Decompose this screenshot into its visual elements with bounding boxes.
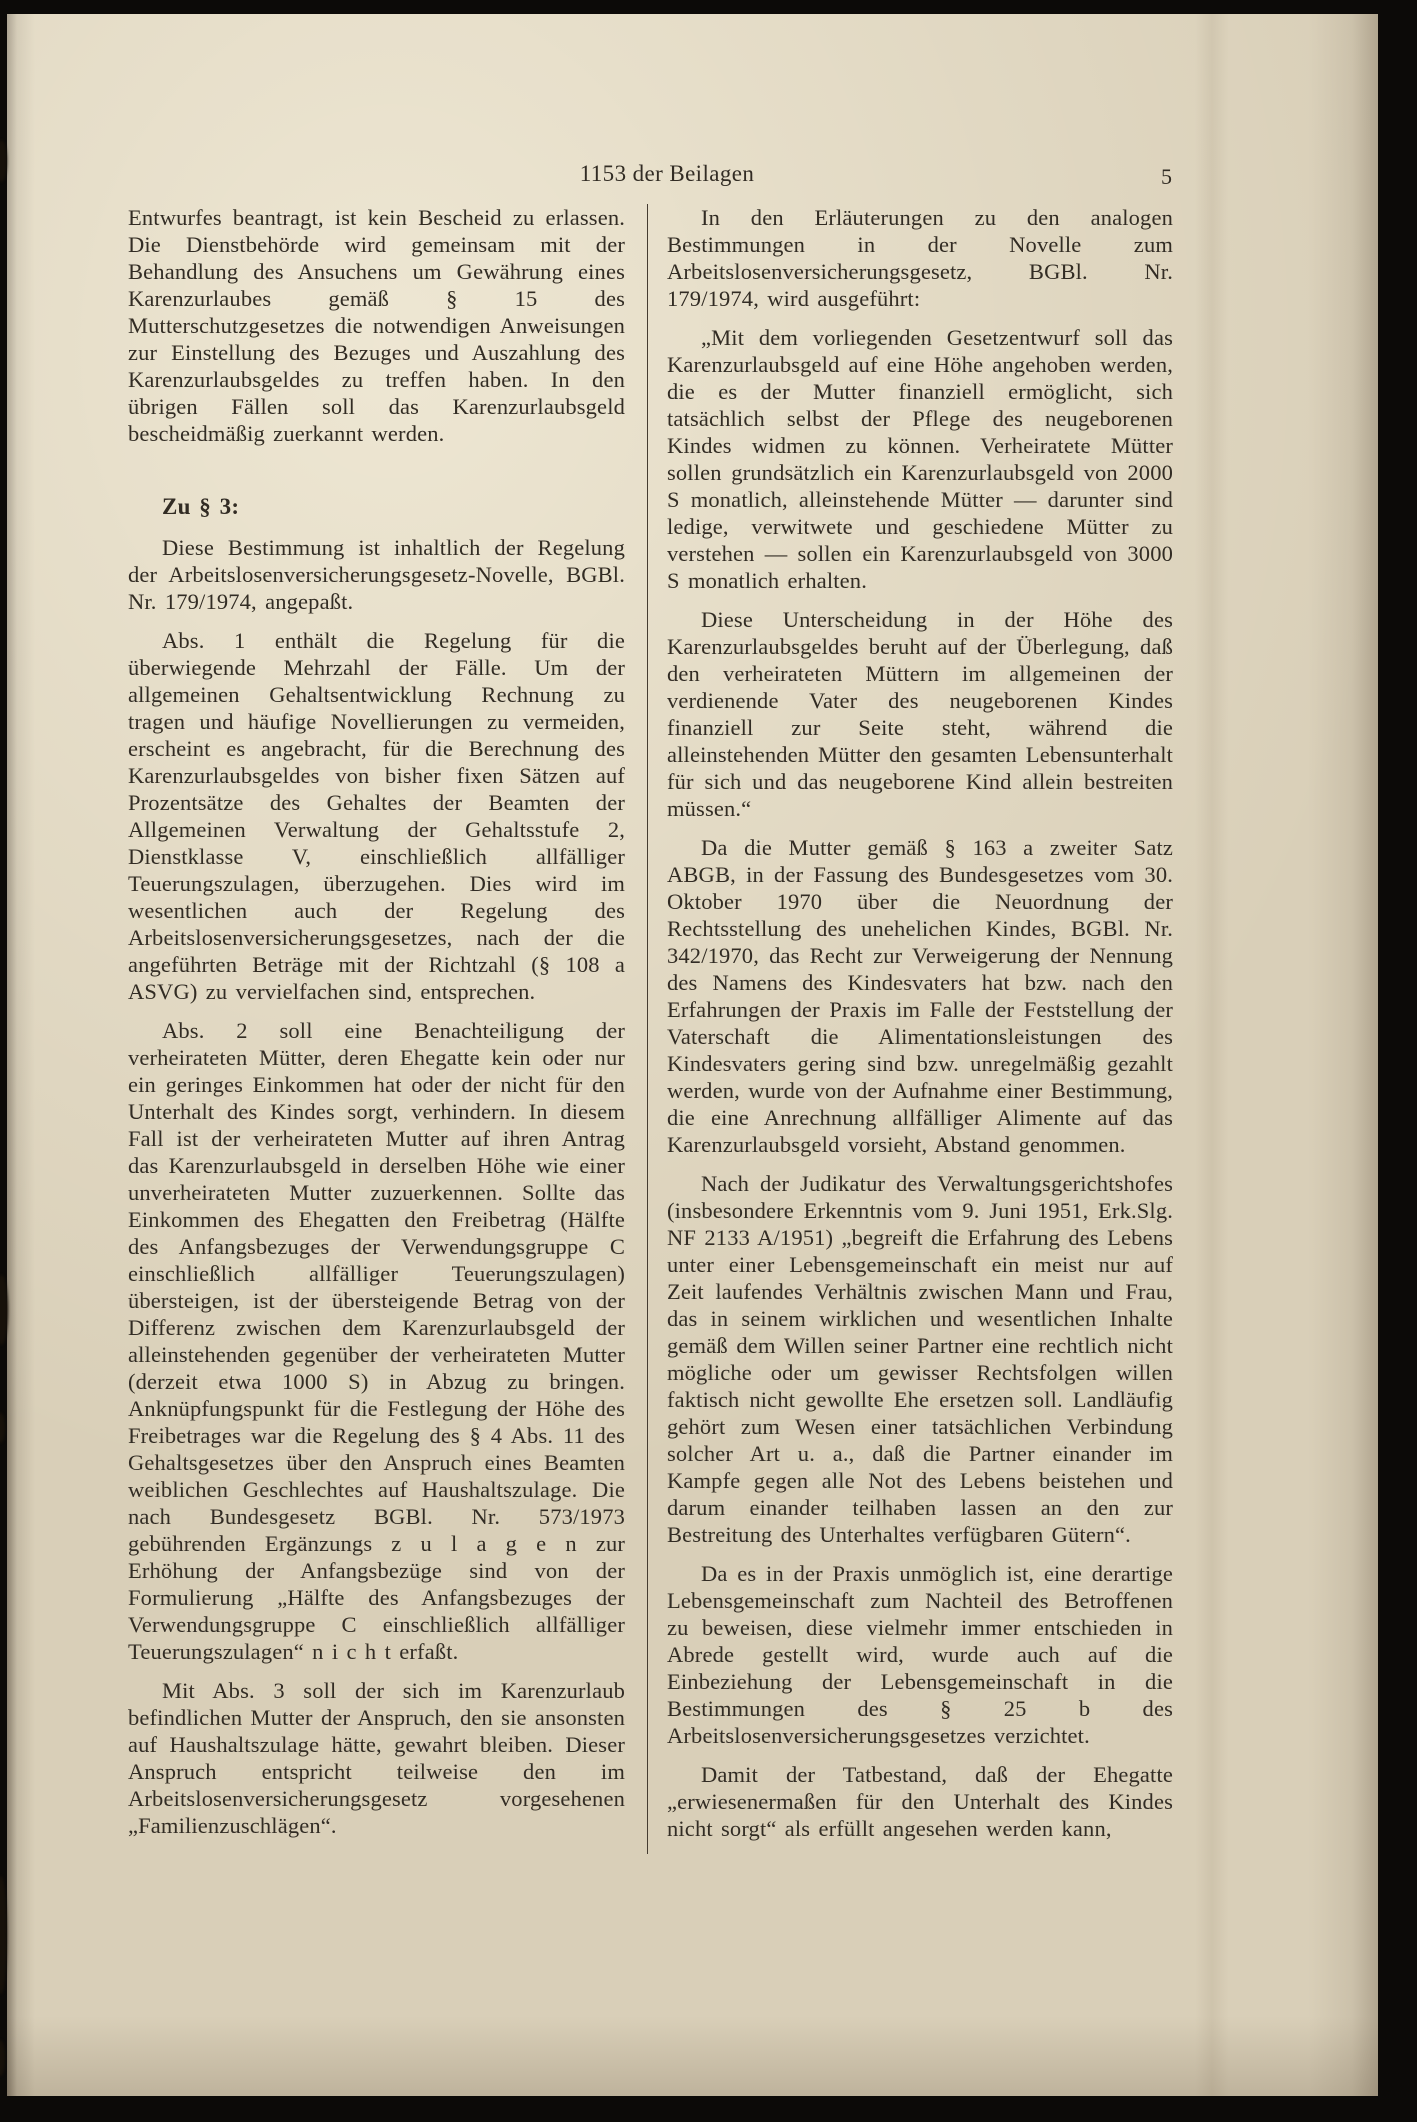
paragraph: Mit Abs. 3 soll der sich im Karenzurlaub… [128,1677,625,1839]
paragraph: Da die Mutter gemäß § 163 a zweiter Satz… [667,834,1173,1158]
document-title: 1153 der Beilagen [580,161,755,187]
page-number: 5 [1161,164,1172,190]
text-columns: Entwurfes beantragt, ist kein Bescheid z… [128,204,1174,1854]
scan-artifact [0,1876,7,1994]
scan-artifact [0,1413,5,1443]
paragraph: „Mit dem vorliegenden Gesetzentwurf soll… [667,324,1173,594]
paragraph: Nach der Judikatur des Verwaltungsgerich… [667,1170,1173,1548]
right-column: In den Erläuterungen zu den analogen Bes… [667,204,1173,1854]
scan-artifact [0,2040,5,2076]
paragraph: Entwurfes beantragt, ist kein Bescheid z… [128,204,625,447]
paragraph: Abs. 1 enthält die Regelung für die über… [128,627,625,1005]
scanned-document-page: 1153 der Beilagen 5 Entwurfes beantragt,… [0,0,1417,2122]
column-divider [647,204,648,1854]
paragraph: Diese Bestimmung ist inhaltlich der Rege… [128,534,625,615]
page-header: 1153 der Beilagen 5 [128,161,1174,191]
left-column: Entwurfes beantragt, ist kein Bescheid z… [128,204,625,1851]
paragraph: Diese Unterscheidung in der Höhe des Kar… [667,606,1173,822]
scan-artifact [0,140,7,182]
page-content: 1153 der Beilagen 5 Entwurfes beantragt,… [128,161,1174,1854]
paragraph: Abs. 2 soll eine Benachteiligung der ver… [128,1017,625,1665]
paragraph: Da es in der Praxis unmöglich ist, eine … [667,1560,1173,1749]
paper-fold-shading [1195,14,1229,2096]
paragraph: In den Erläuterungen zu den analogen Bes… [667,204,1173,312]
section-heading: Zu § 3: [128,493,625,520]
paragraph: Damit der Tatbestand, daß der Ehegatte „… [667,1761,1173,1842]
